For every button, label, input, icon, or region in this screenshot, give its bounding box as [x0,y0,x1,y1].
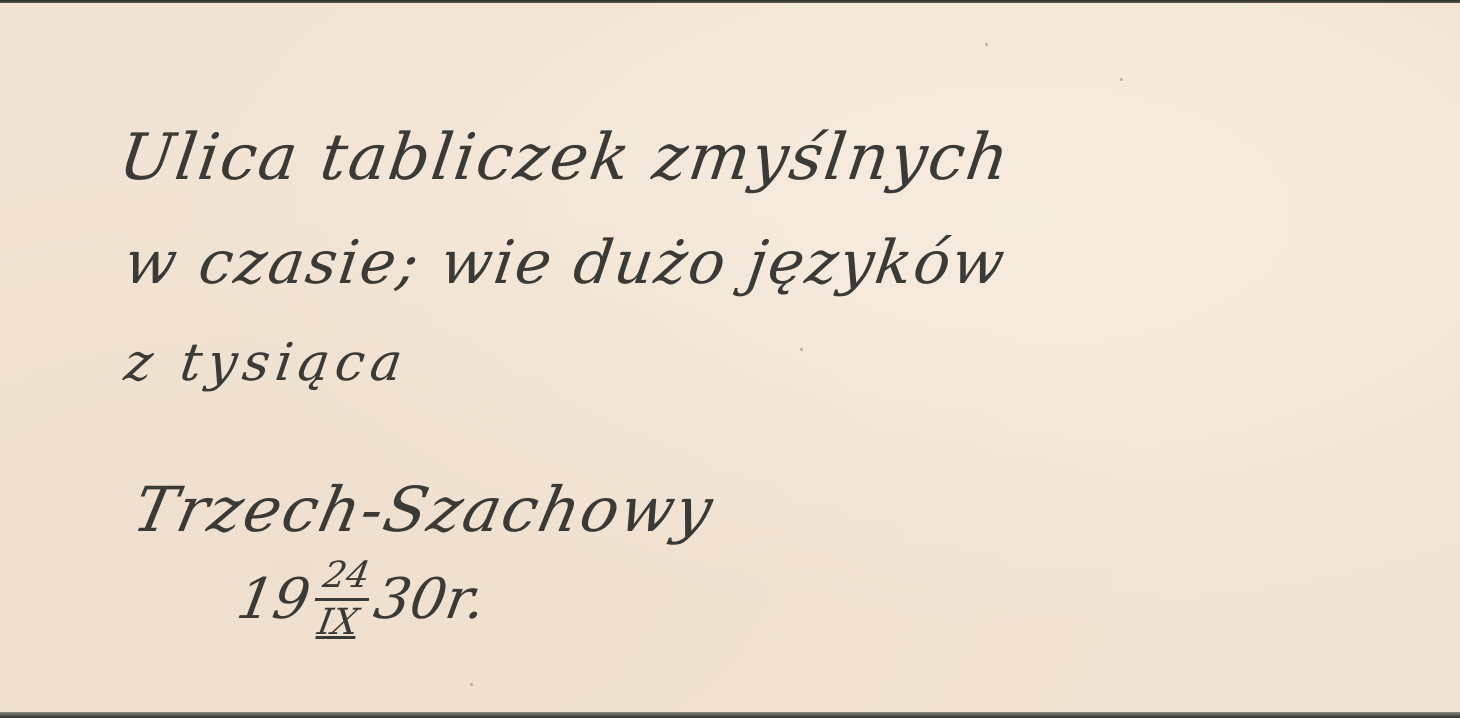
paper-speck [985,43,988,46]
date-fraction: 24 IX [308,558,376,641]
date: 19 24 IX 30r. [231,558,492,641]
paper-speck [800,348,803,351]
text-line-3: z tysiąca [121,333,412,393]
scan-bottom-edge [0,712,1460,718]
date-month: IX [315,601,362,641]
date-year-prefix: 19 [232,567,315,632]
paper-speck [1120,78,1123,81]
date-day: 24 [315,558,376,601]
handwritten-card: Ulica tabliczek zmyślnych w czasie; wie … [0,3,1460,712]
paper-speck [470,683,473,686]
signature: Trzech-Szachowy [127,473,721,546]
text-line-1: Ulica tabliczek zmyślnych [115,121,1015,195]
text-line-2: w czasie; wie dużo języków [120,228,1010,298]
date-year-suffix: 30r. [369,567,490,632]
